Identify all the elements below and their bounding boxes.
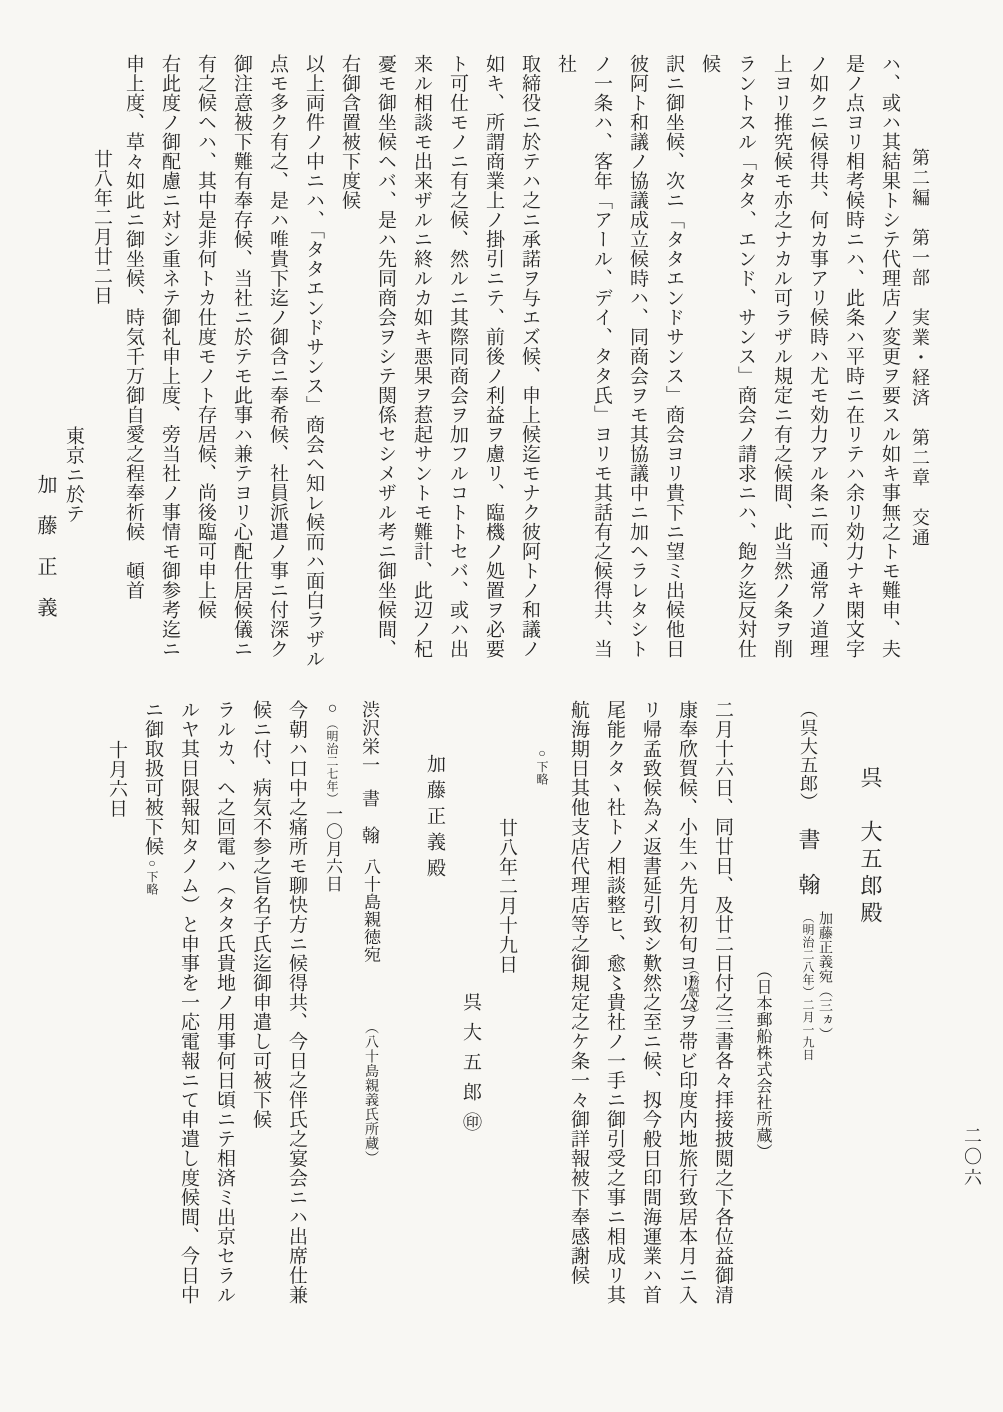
letter-heading: 渋沢栄一 書 翰 八十島親徳宛 （八十島親義氏所蔵） (350, 700, 390, 1362)
addressed-to-note: 加藤正義宛（三ヵ） (815, 911, 833, 1061)
text-column: 取締役ニ於テハ之ニ承諾ヲ与エズ候、申上候迄モナク彼阿トノ和議ノ (511, 54, 547, 676)
text-column: 点モ多ク有之、是ハ唯貴下迄ノ御含ニ奉希候、社員派遣ノ事ニ付深ク (259, 54, 295, 676)
text-column: 尾能クタヽ社トノ相談整ヒ、愈〻貴社ノ一手ニ御引受之事ニ相成リ其 (596, 700, 632, 1362)
text-column: 今朝ハ口中之痛所モ聊快方ニ候得共、今日之伴氏之宴会ニハ出席仕兼 (278, 700, 314, 1362)
text-column: 右此度ノ御配慮ニ対シ重ネテ御礼申上度、旁当社ノ事情モ御参考迄ニ (151, 54, 187, 676)
text-column: 来ル相談モ出来ザルニ終ルカ如キ悪果ヲ惹起サントモ難計、此辺ノ杞 (403, 54, 439, 676)
letter-doctype: 書 翰 (788, 828, 828, 896)
letter-author: 渋沢栄一 (360, 700, 380, 774)
letter-signature: 呉大五郎㊞ (452, 700, 488, 1362)
chapter-header: 第二編 第一部 実業・経済 第二章 交通 (907, 148, 933, 668)
letter-recipient: 加藤正義殿 (416, 700, 452, 1362)
letter-date: 十月六日 (98, 700, 134, 1362)
date-note: （明治二八年）二月一九日 (800, 911, 815, 1061)
closing-text: ニ御取扱可被下候 (142, 700, 163, 856)
letter-date: 廿八年二月十九日 (488, 700, 524, 1362)
text-column: 御注意被下難有奉存候、当社ニ於テモ此事ハ兼テヨリ心配仕居候儀ニ (223, 54, 259, 676)
text-column: ラルカ、ヘ之回電ハ（タタ氏貴地ノ用事何日頃ニテ相済ミ出京セラル (206, 700, 242, 1362)
text-column: 彼阿ト和議ノ協議成立候時ハ、同商会ヲモ其協議中ニ加ヘラレタシト (619, 54, 655, 676)
book-page: 第二編 第一部 実業・経済 第二章 交通 二〇六 ハ、或ハ其結果トシテ代理店ノ変… (0, 0, 1003, 1412)
era-note: （明治二七年） (325, 718, 339, 806)
text-column: ニ御取扱可被下候○下略 (134, 700, 170, 1362)
upper-letter-block: ハ、或ハ其結果トシテ代理店ノ変更ヲ要スル如キ事無之トモ難申、夫 是ノ点ヨリ相考候… (81, 54, 907, 676)
text-column: ルヤ其日限報知タノム）と申事を一応電報ニて申遣し度候間、今日中 (170, 700, 206, 1362)
text-column: 康奉欣賀候、小生ハ先月初旬ヨリ公ヲ帯ビ印度内地旅行致居本月ニ入 (668, 700, 704, 1362)
letter-author: （呉大五郎） (798, 700, 818, 811)
text-column: 申上度、草々如此ニ御坐候、時気千万御自愛之程奉祈候 頓首 (115, 54, 151, 676)
entry-date: 一〇月六日 (323, 805, 342, 893)
text-column: 二月十六日、同廿日、及廿二日付之三書各々拝接披閲之下各位益御清 (704, 700, 740, 1362)
seal-mark: ㊞ (460, 1112, 481, 1131)
omission-note: ○下略 (145, 856, 159, 896)
signer-name: 呉大五郎 (460, 992, 481, 1112)
marginal-editor-note: （務脱カ） (686, 964, 699, 1019)
text-column: 候ニ付、病気不参之旨名子氏迄御申遣し可被下候 (242, 700, 278, 1362)
entry-mark: ○ (324, 700, 341, 718)
letter-dateline: ○（明治二七年）一〇月六日 (314, 700, 350, 1362)
letter-place: 東京ニ於テ (59, 54, 87, 676)
text-column: 如キ、所謂商業上ノ掛引ニテ、前後ノ利益ヲ慮リ、臨機ノ処置ヲ必要 (475, 54, 511, 676)
text-column: 航海期日其他支店代理店等之御規定之ケ条一々御詳報被下奉感謝候 (560, 700, 596, 1362)
text-column: ノ如クニ候得共、何カ事アリ候時ハ尤モ効力アル条ニ而、通常ノ道理 (799, 54, 835, 676)
text-column: リ帰孟致候為メ返書延引致シ歎然之至ニ候、扨今般日印間海運業ハ首 (632, 700, 668, 1362)
letter-doctype: 書 翰 (350, 789, 390, 845)
text-column: ノ一条ハ、客年「アール、デイ、タタ氏」ヨリモ其話有之候得共、当社 (547, 54, 619, 676)
page-number: 二〇六 (959, 1126, 985, 1216)
text-column: 上ヨリ推究候モ亦之ナカル可ラザル規定ニ有之候間、此当然ノ条ヲ削 (763, 54, 799, 676)
text-column: 憂モ御坐候ヘバ、是ハ先同商会ヲシテ関係セシメザル考ニ御坐候間、 (367, 54, 403, 676)
letter-signature: 加藤正義 (31, 54, 59, 676)
addressed-to-note: 八十島親徳宛 (350, 858, 390, 963)
heading-annotation: 加藤正義宛（三ヵ） （明治二八年）二月一九日 (800, 911, 833, 1061)
letter-heading: （呉大五郎） 書 翰 加藤正義宛（三ヵ） （明治二八年）二月一九日 (788, 700, 833, 1362)
letter-addressee-title: 呉 大五郎殿 (849, 700, 891, 1362)
text-column: 右御含置被下度候 (331, 54, 367, 676)
text-column: 以上両件ノ中ニハ、「タタエンドサンス」商会ヘ知レ候而ハ面白ラザル (295, 54, 331, 676)
source-note: （八十島親義氏所蔵） (350, 1020, 390, 1165)
lower-letters-block: 呉 大五郎殿 （呉大五郎） 書 翰 加藤正義宛（三ヵ） （明治二八年）二月一九日… (91, 700, 891, 1362)
text-column: ト可仕モノニ有之候、然ルニ其際同商会ヲ加フルコトトセバ、或ハ出 (439, 54, 475, 676)
source-note: （日本郵船株式会社所蔵） (744, 700, 780, 1362)
letter-date: 廿八年二月廿二日 (87, 54, 115, 676)
text-column: ハ、或ハ其結果トシテ代理店ノ変更ヲ要スル如キ事無之トモ難申、夫 (871, 54, 907, 676)
text-column: ラントスル「タタ、エンド、サンス」商会ノ請求ニハ、飽ク迄反対仕候 (691, 54, 763, 676)
text-column: 有之候ヘハ、其中是非何トカ仕度モノト存居候、尚後臨可申上候 (187, 54, 223, 676)
text-column: 訳ニ御坐候、次ニ「タタエンドサンス」商会ヨリ貴下ニ望ミ出候他日 (655, 54, 691, 676)
omission-note: ○下略 (524, 700, 560, 1362)
text-column: 是ノ点ヨリ相考候時ニハ、此条ハ平時ニ在リテハ余リ効力ナキ閑文字 (835, 54, 871, 676)
